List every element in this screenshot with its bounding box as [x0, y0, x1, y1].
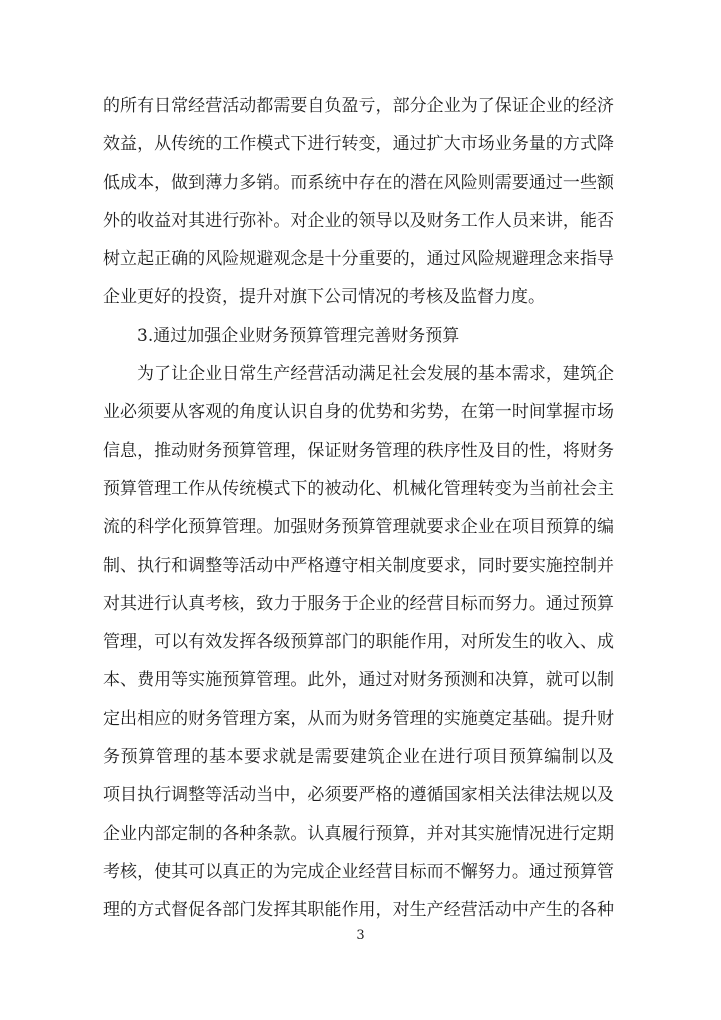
page-number: 3 [0, 928, 721, 943]
section-heading: 3.通过加强企业财务预算管理完善财务预算 [103, 317, 614, 355]
text-line: 定出相应的财务管理方案，从而为财务管理的实施奠定基础。提升财 [103, 700, 614, 738]
text-line: 的所有日常经营活动都需要自负盈亏，部分企业为了保证企业的经济 [103, 87, 614, 125]
text-line: 效益，从传统的工作模式下进行转变，通过扩大市场业务量的方式降 [103, 125, 614, 163]
text-line: 对其进行认真考核，致力于服务于企业的经营目标而努力。通过预算 [103, 585, 614, 623]
text-line: 考核，使其可以真正的为完成企业经营目标而不懈努力。通过预算管 [103, 853, 614, 891]
text-line: 务预算管理的基本要求就是需要建筑企业在进行项目预算编制以及 [103, 738, 614, 776]
text-line: 项目执行调整等活动当中，必须要严格的遵循国家相关法律法规以及 [103, 776, 614, 814]
text-line: 企业更好的投资，提升对旗下公司情况的考核及监督力度。 [103, 278, 614, 316]
text-line: 业必须要从客观的角度认识自身的优势和劣势，在第一时间掌握市场 [103, 393, 614, 431]
text-line: 制、执行和调整等活动中严格遵守相关制度要求，同时要实施控制并 [103, 547, 614, 585]
text-line: 预算管理工作从传统模式下的被动化、机械化管理转变为当前社会主 [103, 470, 614, 508]
text-line: 企业内部定制的各种条款。认真履行预算，并对其实施情况进行定期 [103, 815, 614, 853]
text-line: 外的收益对其进行弥补。对企业的领导以及财务工作人员来讲，能否 [103, 202, 614, 240]
text-line: 理的方式督促各部门发挥其职能作用，对生产经营活动中产生的各种 [103, 891, 614, 929]
text-line: 为了让企业日常生产经营活动满足社会发展的基本需求，建筑企 [103, 355, 614, 393]
text-line: 树立起正确的风险规避观念是十分重要的，通过风险规避理念来指导 [103, 240, 614, 278]
text-line: 信息，推动财务预算管理，保证财务管理的秩序性及目的性，将财务 [103, 432, 614, 470]
text-line: 管理，可以有效发挥各级预算部门的职能作用，对所发生的收入、成 [103, 623, 614, 661]
text-line: 本、费用等实施预算管理。此外，通过对财务预测和决算，就可以制 [103, 661, 614, 699]
text-line: 低成本，做到薄力多销。而系统中存在的潜在风险则需要通过一些额 [103, 164, 614, 202]
document-body: 的所有日常经营活动都需要自负盈亏，部分企业为了保证企业的经济效益，从传统的工作模… [103, 87, 614, 930]
document-page: 的所有日常经营活动都需要自负盈亏，部分企业为了保证企业的经济效益，从传统的工作模… [0, 0, 721, 1020]
text-line: 流的科学化预算管理。加强财务预算管理就要求企业在项目预算的编 [103, 508, 614, 546]
